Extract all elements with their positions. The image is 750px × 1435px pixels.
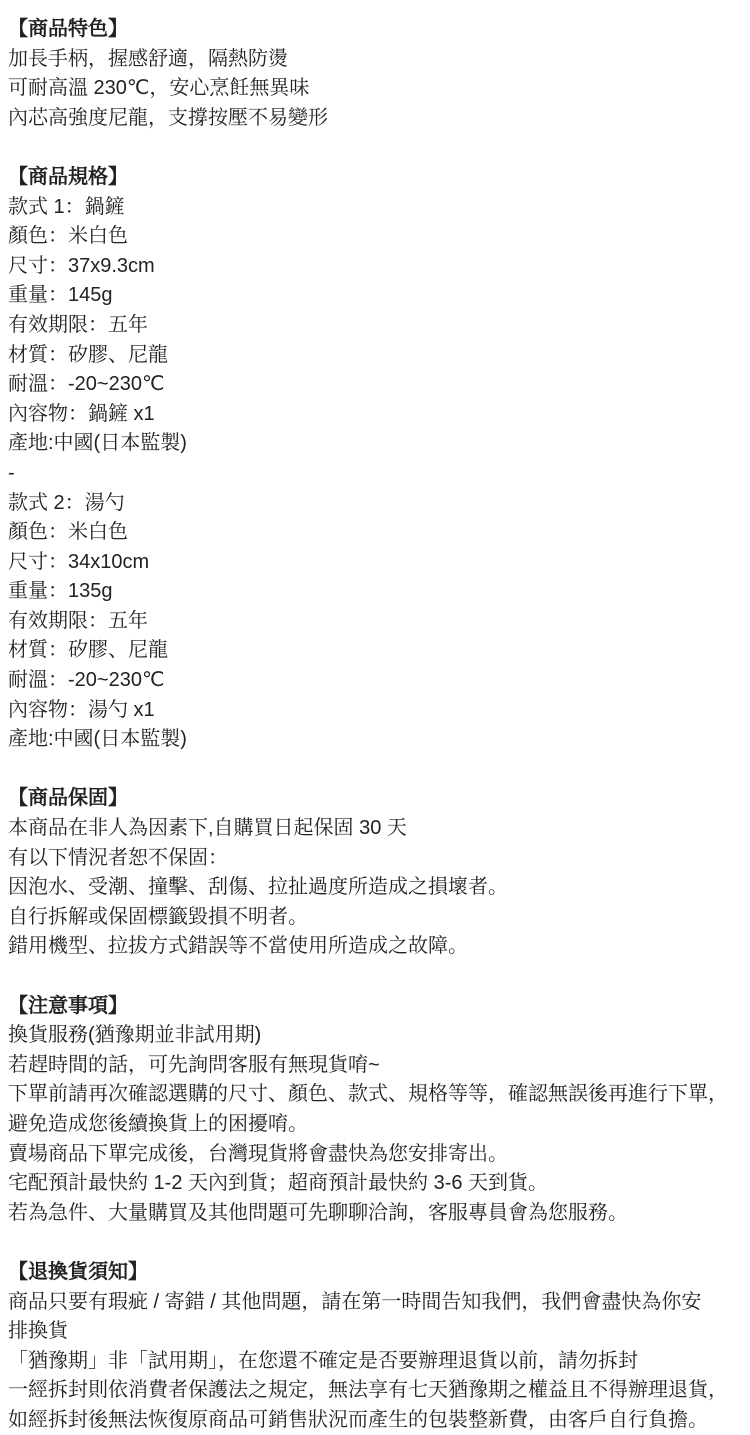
text-line: 材質：矽膠、尼龍 [8,636,742,666]
text-line: 重量：145g [8,281,742,311]
text-line: 「猶豫期」非「試用期」，在您還不確定是否要辦理退貨以前，請勿拆封 [8,1347,742,1377]
text-line: 一經拆封則依消費者保護法之規定，無法享有七天猶豫期之權益且不得辦理退貨， [8,1376,742,1406]
text-line: 可耐高溫 230℃，安心烹飪無異味 [8,74,742,104]
text-line: 有以下情況者恕不保固： [8,844,742,874]
text-line: 商品只要有瑕疵 / 寄錯 / 其他問題，請在第一時間告知我們，我們會盡快為你安 [8,1288,742,1318]
text-line: 顏色：米白色 [8,518,742,548]
section-product-specs: 【商品規格】款式 1：鍋鏟顏色：米白色尺寸：37x9.3cm重量：145g有效期… [8,163,742,755]
text-line: 有效期限：五年 [8,607,742,637]
text-line: 賣場商品下單完成後，台灣現貨將會盡快為您安排寄出。 [8,1140,742,1170]
product-description-page: 【商品特色】加長手柄，握感舒適，隔熱防燙可耐高溫 230℃，安心烹飪無異味內芯高… [0,0,750,1435]
text-line: 耐溫：-20~230℃ [8,370,742,400]
text-line: 若為急件、大量購買及其他問題可先聊聊洽詢，客服專員會為您服務。 [8,1199,742,1229]
text-line: 款式 1：鍋鏟 [8,193,742,223]
text-line: 內容物：鍋鏟 x1 [8,400,742,430]
section-title-return-policy: 【退換貨須知】 [8,1258,742,1288]
section-title-product-features: 【商品特色】 [8,15,742,45]
text-line: 內芯高強度尼龍，支撐按壓不易變形 [8,104,742,134]
text-line: 材質：矽膠、尼龍 [8,341,742,371]
text-line: - [8,459,742,489]
section-return-policy: 【退換貨須知】商品只要有瑕疵 / 寄錯 / 其他問題，請在第一時間告知我們，我們… [8,1258,742,1435]
text-line: 自行拆解或保固標籤毀損不明者。 [8,903,742,933]
text-line: 避免造成您後續換貨上的困擾唷。 [8,1110,742,1140]
text-line: 耐溫：-20~230℃ [8,666,742,696]
text-line: 錯用機型、拉拔方式錯誤等不當使用所造成之故障。 [8,932,742,962]
text-line: 款式 2：湯勺 [8,489,742,519]
section-product-warranty: 【商品保固】本商品在非人為因素下,自購買日起保固 30 天有以下情況者恕不保固：… [8,784,742,962]
text-line: 內容物：湯勺 x1 [8,696,742,726]
section-title-product-specs: 【商品規格】 [8,163,742,193]
text-line: 有效期限：五年 [8,311,742,341]
text-line: 下單前請再次確認選購的尺寸、顏色、款式、規格等等，確認無誤後再進行下單， [8,1080,742,1110]
text-line: 宅配預計最快約 1-2 天內到貨；超商預計最快約 3-6 天到貨。 [8,1169,742,1199]
description-sections: 【商品特色】加長手柄，握感舒適，隔熱防燙可耐高溫 230℃，安心烹飪無異味內芯高… [8,15,742,1435]
text-line: 顏色：米白色 [8,222,742,252]
text-line: 加長手柄，握感舒適，隔熱防燙 [8,45,742,75]
section-notices: 【注意事項】換貨服務(猶豫期並非試用期)若趕時間的話，可先詢問客服有無現貨唷~下… [8,992,742,1229]
text-line: 本商品在非人為因素下,自購買日起保固 30 天 [8,814,742,844]
text-line: 換貨服務(猶豫期並非試用期) [8,1021,742,1051]
text-line: 產地:中國(日本監製) [8,429,742,459]
section-product-features: 【商品特色】加長手柄，握感舒適，隔熱防燙可耐高溫 230℃，安心烹飪無異味內芯高… [8,15,742,133]
text-line: 若趕時間的話，可先詢問客服有無現貨唷~ [8,1051,742,1081]
text-line: 排換貨 [8,1317,742,1347]
text-line: 尺寸：34x10cm [8,548,742,578]
text-line: 因泡水、受潮、撞擊、刮傷、拉扯過度所造成之損壞者。 [8,873,742,903]
text-line: 產地:中國(日本監製) [8,725,742,755]
text-line: 重量：135g [8,577,742,607]
section-title-product-warranty: 【商品保固】 [8,784,742,814]
text-line: 尺寸：37x9.3cm [8,252,742,282]
section-title-notices: 【注意事項】 [8,992,742,1022]
text-line: 如經拆封後無法恢復原商品可銷售狀況而產生的包裝整新費，由客戶自行負擔。 [8,1406,742,1435]
